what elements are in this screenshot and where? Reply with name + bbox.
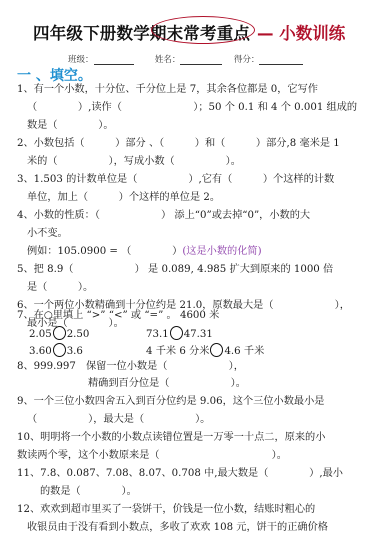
q5-line2: 是（ ）。 bbox=[27, 281, 93, 295]
compare-circle[interactable] bbox=[53, 326, 66, 340]
q8-line1: 8、999.997 保留一位小数是（ ）， bbox=[17, 360, 244, 374]
compare-circle[interactable] bbox=[170, 326, 183, 340]
score-label: 得分： bbox=[234, 55, 260, 65]
q7-left-3: 3.60 bbox=[29, 346, 52, 357]
class-blank[interactable] bbox=[94, 56, 134, 65]
name-label: 姓名： bbox=[155, 55, 181, 65]
q7-compare-2: 73.147.31 bbox=[146, 326, 213, 342]
q7-compare-4: 4 千米 6 分米4.6 千米 bbox=[146, 343, 264, 359]
title-subtitle: — 小数训练 bbox=[257, 20, 345, 44]
q7-right-4: 4.6 千米 bbox=[224, 346, 264, 357]
q9-line1: 9、一个三位小数四舍五入到百分位约是 9.06，这个三位小数最小是 bbox=[17, 395, 324, 409]
name-blank[interactable] bbox=[180, 56, 222, 65]
q7-right-3: 3.6 bbox=[67, 346, 83, 357]
q11-line2: 的数是（ ）。 bbox=[40, 485, 137, 499]
q7-left-4: 4 千米 6 分米 bbox=[146, 346, 209, 357]
q7-compare-1: 2.052.50 bbox=[29, 326, 89, 342]
compare-circle[interactable] bbox=[210, 343, 223, 357]
q7-left-2: 73.1 bbox=[146, 329, 169, 340]
q12-line2: 收银员由于没有看到小数点，多收了欢欢 108 元，饼干的正确价格 bbox=[27, 521, 328, 535]
q4-example: 例如：105.0900 = （ ） bbox=[27, 246, 182, 257]
emphasis-oval bbox=[151, 16, 255, 44]
q2-line2: 米的（ ），写成小数（ ）。 bbox=[27, 155, 241, 169]
q7-line1: 7、在○里填上 “>” “<” 或 “=” 。 4600 米 bbox=[17, 309, 219, 323]
q7-compare-3: 3.603.6 bbox=[29, 343, 83, 359]
q3-line1: 3、1.503 的计数单位是（ ）,它有（ ）个这样的计数 bbox=[17, 173, 334, 187]
q7-left-1: 2.05 bbox=[29, 329, 52, 340]
section-title: 一 、填空。 bbox=[17, 65, 92, 85]
student-info-row: 班级： 姓名： 得分： bbox=[68, 53, 303, 65]
q4-hint: (这是小数的化简) bbox=[182, 246, 261, 257]
q1-line1: 1、有一个小数，十分位、千分位上是 7，其余各位都是 0，它写作 bbox=[17, 83, 318, 97]
q5-line1: 5、把 8.9（ ） 是 0.089, 4.985 扩大到原来的 1000 倍 bbox=[17, 263, 333, 277]
q1-line2: （ ）,读作（ ）；50 个 0.1 和 4 个 0.001 组成的 bbox=[27, 101, 357, 115]
class-label: 班级： bbox=[68, 55, 94, 65]
q9-line2: （ ），最大是（ ）。 bbox=[27, 413, 210, 427]
q2-line1: 2、小数包括（ ）部分 、（ ）和（ ）部分,8 毫米是 1 bbox=[17, 137, 340, 151]
q7-right-2: 47.31 bbox=[184, 329, 213, 340]
score-blank[interactable] bbox=[259, 56, 303, 65]
q1-line3: 数是（ ）。 bbox=[27, 119, 114, 133]
compare-circle[interactable] bbox=[53, 343, 66, 357]
q8-line2: 精确到百分位是（ ）。 bbox=[88, 377, 246, 391]
q12-line1: 12、欢欢到超市里买了一袋饼干，价钱是一位小数，结账时粗心的 bbox=[17, 503, 315, 517]
document-title: 四年级下册数学期末常考重点 — 小数训练 bbox=[0, 20, 382, 46]
q10-line1: 10、明明将一个小数的小数点读错位置是一万零一十点二，原来的小 bbox=[17, 431, 325, 445]
q11-line1: 11、7.8、0.087、7.08、8.07、0.708 中,最大数是（ ）,最… bbox=[17, 467, 343, 481]
q7-right-1: 2.50 bbox=[67, 329, 90, 340]
q3-line2: 单位，加上（ ）个这样的单位是 2。 bbox=[27, 191, 220, 205]
q4-line1: 4、小数的性质：（ ） 添上“0”或去掉“0”，小数的大 bbox=[17, 209, 310, 223]
q4-line2: 小不变。 bbox=[27, 227, 68, 241]
q4-line3: 例如：105.0900 = （ ）(这是小数的化简) bbox=[27, 245, 262, 259]
q10-line2: 数读两个零，这个小数原来是（ ）。 bbox=[17, 449, 287, 463]
